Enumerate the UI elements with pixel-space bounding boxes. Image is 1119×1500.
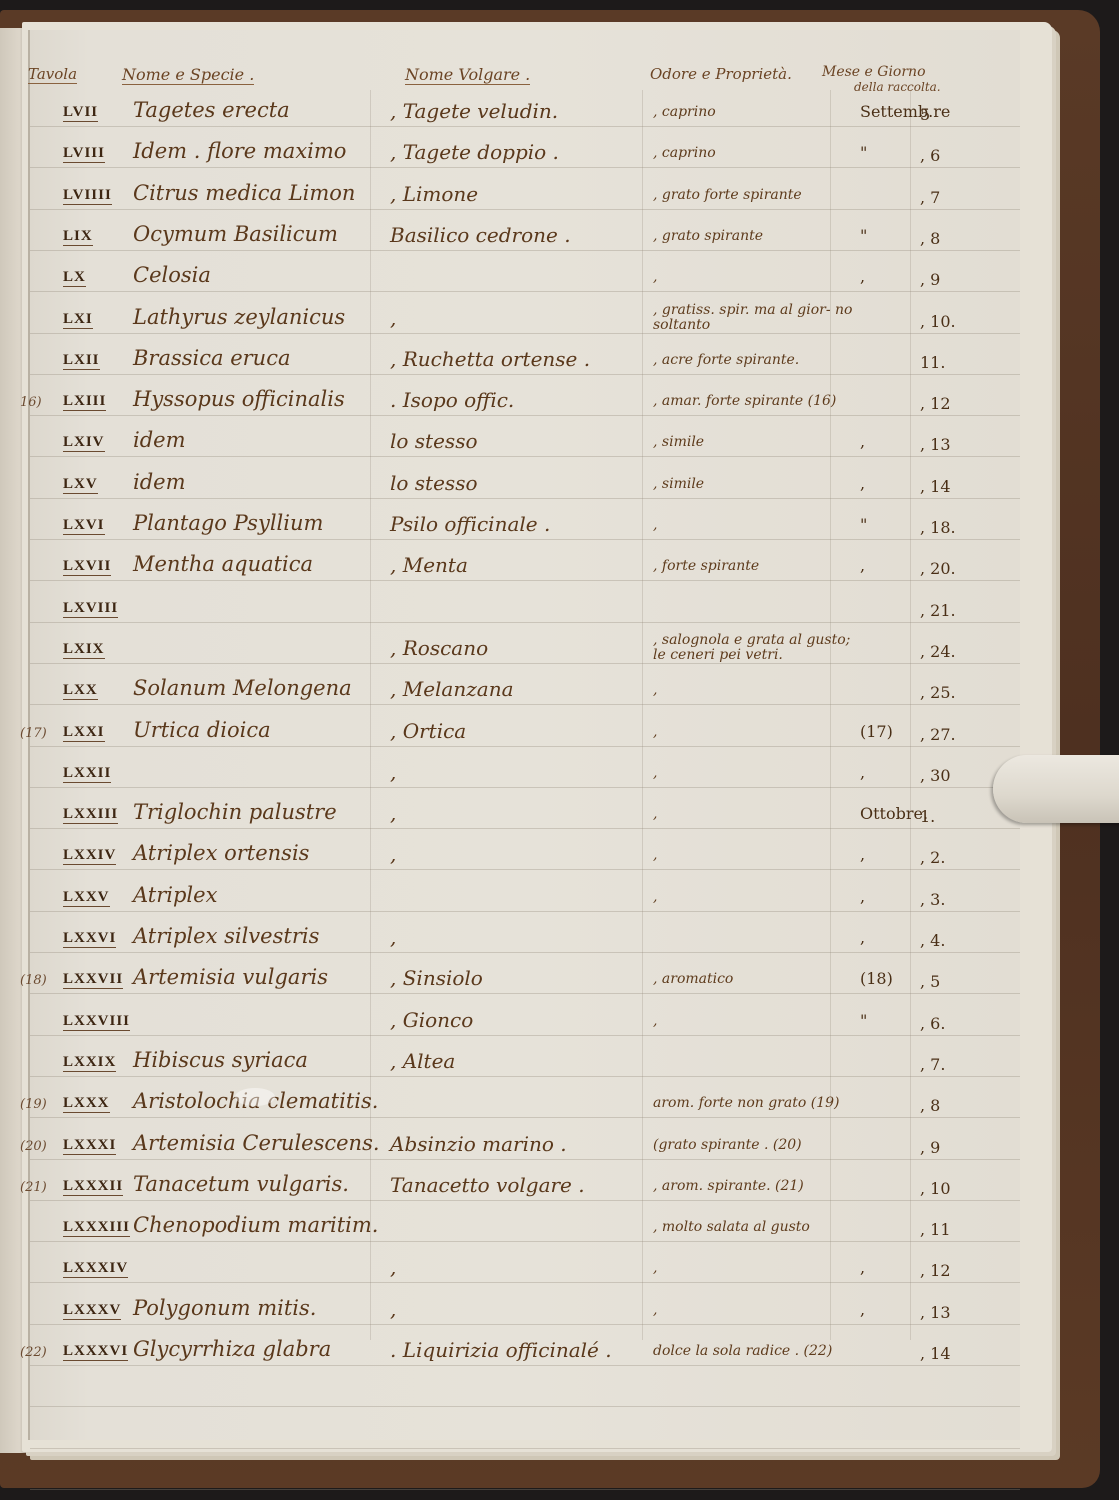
cell-tavola: LXII [63, 352, 100, 370]
cell-specie: Mentha aquatica [133, 552, 313, 576]
manuscript-page: Tavola Nome e Specie . Nome Volgare . Od… [28, 30, 1020, 1440]
cell-volgare: , Altea [390, 1049, 455, 1073]
cell-giorno: , 20. [920, 559, 956, 578]
cell-tavola: LXXV [63, 889, 110, 907]
cell-tavola: LXVII [63, 558, 111, 576]
cell-volgare: , Sinsiolo [390, 966, 483, 990]
cell-volgare: , [390, 801, 396, 825]
cell-giorno: , 13 [920, 1303, 951, 1322]
cell-volgare: , Ortica [390, 719, 466, 743]
cell-tavola: LIX [63, 228, 93, 246]
cell-giorno: 5 [920, 105, 930, 124]
cell-odore: , arom. spirante. (21) [653, 1179, 804, 1194]
cell-tavola: LXIX [63, 641, 105, 659]
cell-giorno: 1. [920, 807, 935, 826]
cell-giorno: , 6 [920, 146, 940, 165]
cell-tavola: LXVI [63, 517, 105, 535]
cell-mese: " [860, 143, 867, 162]
cell-mese: , [860, 1300, 865, 1319]
cell-tavola: LXXIII [63, 806, 118, 824]
cell-note: 16) [20, 395, 42, 410]
cell-mese: , [860, 845, 865, 864]
register-row: LXIIBrassica eruca, Ruchetta ortense ., … [30, 340, 1020, 380]
cell-specie: Solanum Melongena [133, 676, 352, 700]
cell-odore: , [653, 725, 657, 740]
cell-mese: , [860, 763, 865, 782]
cell-volgare: , Tagete doppio . [390, 140, 559, 164]
cell-specie: Ocymum Basilicum [133, 222, 338, 246]
cell-tavola: LXXXII [63, 1178, 123, 1196]
register-row: LXXVAtriplex,,, 3. [30, 877, 1020, 917]
cell-odore: , [653, 848, 657, 863]
cell-mese: , [860, 556, 865, 575]
cell-specie: Citrus medica Limon [133, 181, 355, 205]
cell-giorno: , 27. [920, 725, 956, 744]
cell-odore: , [653, 518, 657, 533]
cell-tavola: LXI [63, 311, 93, 329]
cell-volgare: , Gionco [390, 1008, 473, 1032]
cell-odore: , simile [653, 477, 704, 492]
cell-giorno: , 10 [920, 1179, 951, 1198]
cell-specie: Hyssopus officinalis [133, 387, 345, 411]
cell-tavola: LXXX [63, 1095, 110, 1113]
cell-odore: , amar. forte spirante (16) [653, 394, 836, 409]
cell-mese: " [860, 226, 867, 245]
cell-specie: Polygonum mitis. [133, 1296, 316, 1320]
cell-volgare: Psilo officinale . [390, 512, 550, 536]
cell-odore: dolce la sola radice . (22) [653, 1344, 832, 1359]
cell-giorno: , 21. [920, 601, 956, 620]
cell-volgare: , Roscano [390, 636, 488, 660]
cell-tavola: LXV [63, 476, 98, 494]
cell-odore: , molto salata al gusto [653, 1220, 810, 1235]
cell-mese: (17) [860, 722, 893, 741]
cell-tavola: LXXII [63, 765, 111, 783]
register-row: LXCelosia,,, 9 [30, 257, 1020, 297]
cell-volgare: Tanacetto volgare . [390, 1173, 585, 1197]
cell-odore: arom. forte non grato (19) [653, 1096, 839, 1111]
cell-tavola: LXXVI [63, 930, 116, 948]
cell-volgare: , [390, 760, 396, 784]
register-row: LXXVIAtriplex silvestris,,, 4. [30, 918, 1020, 958]
cell-volgare: . Isopo offic. [390, 388, 514, 412]
register-row: LXVIIMentha aquatica, Menta, forte spira… [30, 546, 1020, 586]
cell-specie: Chenopodium maritim. [133, 1213, 378, 1237]
cell-mese: , [860, 1258, 865, 1277]
cell-tavola: LXXIX [63, 1054, 116, 1072]
register-row: (18)LXXVIIArtemisia vulgaris, Sinsiolo, … [30, 959, 1020, 999]
cell-note: (21) [20, 1180, 47, 1195]
cell-mese: , [860, 474, 865, 493]
cell-giorno: , 24. [920, 642, 956, 661]
register-row: LXIVidemlo stesso, simile,, 13 [30, 422, 1020, 462]
cell-tavola: LVIIII [63, 187, 112, 205]
header-nome-volgare: Nome Volgare . [405, 65, 530, 85]
cell-giorno: , 4. [920, 931, 945, 950]
cell-volgare: Basilico cedrone . [390, 223, 571, 247]
register-row: LXXXIV,,,, 12 [30, 1248, 1020, 1288]
cell-giorno: 11. [920, 353, 945, 372]
cell-tavola: LX [63, 269, 86, 287]
cell-volgare: , Melanzana [390, 677, 514, 701]
cell-tavola: LXXXVI [63, 1343, 128, 1361]
cell-note: (18) [20, 973, 47, 988]
cell-giorno: , 18. [920, 518, 956, 537]
cell-odore: , [653, 1303, 657, 1318]
cell-odore: , grato forte spirante [653, 188, 802, 203]
register-row: LXXSolanum Melongena, Melanzana,, 25. [30, 670, 1020, 710]
cell-specie: Hibiscus syriaca [133, 1048, 308, 1072]
cell-tavola: LXX [63, 682, 98, 700]
cell-tavola: LXXVII [63, 971, 123, 989]
register-row: LXXVIII, Gionco,", 6. [30, 1001, 1020, 1041]
cell-odore: , salognola e grata al gusto; le ceneri … [653, 633, 853, 663]
cell-specie: Triglochin palustre [133, 800, 337, 824]
cell-mese: " [860, 1011, 867, 1030]
cell-mese: , [860, 928, 865, 947]
register-row: LVIITagetes erecta, Tagete veludin., cap… [30, 92, 1020, 132]
register-row: LVIIIICitrus medica Limon, Limone, grato… [30, 175, 1020, 215]
cell-odore: , caprino [653, 105, 716, 120]
cell-odore: , gratiss. spir. ma al gior- no soltanto [653, 303, 853, 333]
register-row: LXXIXHibiscus syriaca, Altea, 7. [30, 1042, 1020, 1082]
cell-odore: , [653, 1014, 657, 1029]
cell-odore: , [653, 683, 657, 698]
register-row: LXVIII, 21. [30, 588, 1020, 628]
cell-odore: , [653, 807, 657, 822]
cell-specie: Plantago Psyllium [133, 511, 323, 535]
cell-giorno: , 9 [920, 1138, 940, 1157]
cell-tavola: LXXI [63, 724, 105, 742]
cell-specie: idem [133, 428, 186, 452]
ruled-line [30, 1489, 1020, 1490]
ruled-line [30, 1448, 1020, 1449]
register-row: LXVIPlantago PsylliumPsilo officinale .,… [30, 505, 1020, 545]
register-row: LXXIIITriglochin palustre,,Ottobre.1. [30, 794, 1020, 834]
ruled-line [30, 1406, 1020, 1407]
cell-volgare: lo stesso [390, 471, 478, 495]
cell-mese: , [860, 887, 865, 906]
cell-giorno: , 2. [920, 848, 945, 867]
cell-odore: , [653, 270, 657, 285]
cell-mese: Settemb.re [860, 102, 950, 121]
cell-specie: Brassica eruca [133, 346, 291, 370]
cell-volgare: , Tagete veludin. [390, 99, 558, 123]
cell-tavola: LXXVIII [63, 1013, 130, 1031]
cell-giorno: , 25. [920, 683, 956, 702]
cell-volgare: Absinzio marino . [390, 1132, 567, 1156]
cell-volgare: lo stesso [390, 429, 478, 453]
cell-specie: Artemisia Cerulescens. [133, 1131, 380, 1155]
cell-tavola: LXVIII [63, 600, 118, 618]
register-row: LIXOcymum BasilicumBasilico cedrone ., g… [30, 216, 1020, 256]
cell-specie: Celosia [133, 263, 211, 287]
cell-volgare: , Limone [390, 182, 478, 206]
cell-specie: Atriplex ortensis [133, 841, 309, 865]
register-row: LVIIIIdem . flore maximo, Tagete doppio … [30, 133, 1020, 173]
cell-tavola: LVII [63, 104, 98, 122]
water-stain [235, 1088, 275, 1106]
header-nome-specie: Nome e Specie . [122, 65, 254, 85]
cell-specie: Artemisia vulgaris [133, 965, 328, 989]
cell-giorno: , 7 [920, 188, 940, 207]
register-row: (20)LXXXIArtemisia Cerulescens.Absinzio … [30, 1125, 1020, 1165]
cell-giorno: , 30 [920, 766, 951, 785]
cell-specie: Idem . flore maximo [133, 139, 346, 163]
bookmark-tab [993, 755, 1119, 823]
cell-mese: " [860, 515, 867, 534]
cell-note: (20) [20, 1139, 47, 1154]
register-row: 16)LXIIIHyssopus officinalis. Isopo offi… [30, 381, 1020, 421]
cell-giorno: , 13 [920, 435, 951, 454]
header-mese-giorno: Mese e Giorno [822, 64, 926, 80]
register-row: (21)LXXXIITanacetum vulgaris.Tanacetto v… [30, 1166, 1020, 1206]
cell-giorno: , 14 [920, 477, 951, 496]
cell-tavola: LXXXIV [63, 1260, 128, 1278]
cell-specie: Tagetes erecta [133, 98, 290, 122]
cell-specie: idem [133, 470, 186, 494]
cell-tavola: LXIII [63, 393, 106, 411]
cell-volgare: . Liquirizia officinalé . [390, 1338, 612, 1362]
cell-volgare: , [390, 1255, 396, 1279]
register-row: LXXIVAtriplex ortensis,,,, 2. [30, 835, 1020, 875]
cell-giorno: , 10. [920, 312, 956, 331]
cell-tavola: LXXXI [63, 1137, 116, 1155]
cell-tavola: LXXXIII [63, 1219, 130, 1237]
register-row: LXVidemlo stesso, simile,, 14 [30, 464, 1020, 504]
register-row: LXXII,,,, 30 [30, 753, 1020, 793]
cell-giorno: , 14 [920, 1344, 951, 1363]
cell-giorno: , 6. [920, 1014, 945, 1033]
cell-giorno: , 5 [920, 972, 940, 991]
cell-giorno: , 8 [920, 1096, 940, 1115]
cell-giorno: , 3. [920, 890, 945, 909]
cell-giorno: , 8 [920, 229, 940, 248]
register-row: LXILathyrus zeylanicus,, gratiss. spir. … [30, 299, 1020, 339]
cell-specie: Urtica dioica [133, 718, 271, 742]
register-row: LXXXIIIChenopodium maritim., molto salat… [30, 1207, 1020, 1247]
cell-specie: Lathyrus zeylanicus [133, 305, 345, 329]
cell-volgare: , Menta [390, 553, 468, 577]
cell-tavola: LXIV [63, 434, 105, 452]
cell-volgare: , Ruchetta ortense . [390, 347, 590, 371]
cell-mese: (18) [860, 969, 893, 988]
register-row: (19)LXXXAristolochia clematitis.arom. fo… [30, 1083, 1020, 1123]
cell-mese: Ottobre. [860, 804, 928, 823]
cell-specie: Glycyrrhiza glabra [133, 1337, 331, 1361]
cell-specie: Tanacetum vulgaris. [133, 1172, 349, 1196]
cell-giorno: , 12 [920, 394, 951, 413]
register-row: LXIX, Roscano, salognola e grata al gust… [30, 629, 1020, 669]
header-tavola: Tavola [28, 65, 77, 84]
cell-volgare: , [390, 842, 396, 866]
cell-volgare: , [390, 925, 396, 949]
cell-odore: , caprino [653, 146, 716, 161]
cell-note: (22) [20, 1345, 47, 1360]
cell-odore: (grato spirante . (20) [653, 1138, 802, 1153]
cell-specie: Atriplex silvestris [133, 924, 319, 948]
cell-tavola: LXXIV [63, 847, 116, 865]
cell-giorno: , 9 [920, 270, 940, 289]
cell-odore: , aromatico [653, 972, 733, 987]
cell-giorno: , 12 [920, 1261, 951, 1280]
cell-odore: , [653, 890, 657, 905]
cell-note: (19) [20, 1097, 47, 1112]
cell-odore: , forte spirante [653, 559, 759, 574]
cell-giorno: , 11 [920, 1220, 951, 1239]
cell-volgare: , [390, 306, 396, 330]
cell-mese: , [860, 267, 865, 286]
register-row: LXXXVPolygonum mitis.,,,, 13 [30, 1290, 1020, 1330]
cell-odore: , simile [653, 435, 704, 450]
header-odore-proprieta: Odore e Proprietà. [650, 65, 792, 83]
cell-odore: , [653, 766, 657, 781]
cell-giorno: , 7. [920, 1055, 945, 1074]
cell-mese: , [860, 432, 865, 451]
register-row: (17)LXXIUrtica dioica, Ortica,(17), 27. [30, 712, 1020, 752]
cell-specie: Atriplex [133, 883, 217, 907]
cell-note: (17) [20, 726, 47, 741]
cell-volgare: , [390, 1297, 396, 1321]
cell-odore: , acre forte spirante. [653, 353, 799, 368]
register-row: (22)LXXXVIGlycyrrhiza glabra. Liquirizia… [30, 1331, 1020, 1371]
cell-tavola: LXXXV [63, 1302, 121, 1320]
cell-odore: , grato spirante [653, 229, 763, 244]
cell-odore: , [653, 1261, 657, 1276]
cell-tavola: LVIII [63, 145, 105, 163]
